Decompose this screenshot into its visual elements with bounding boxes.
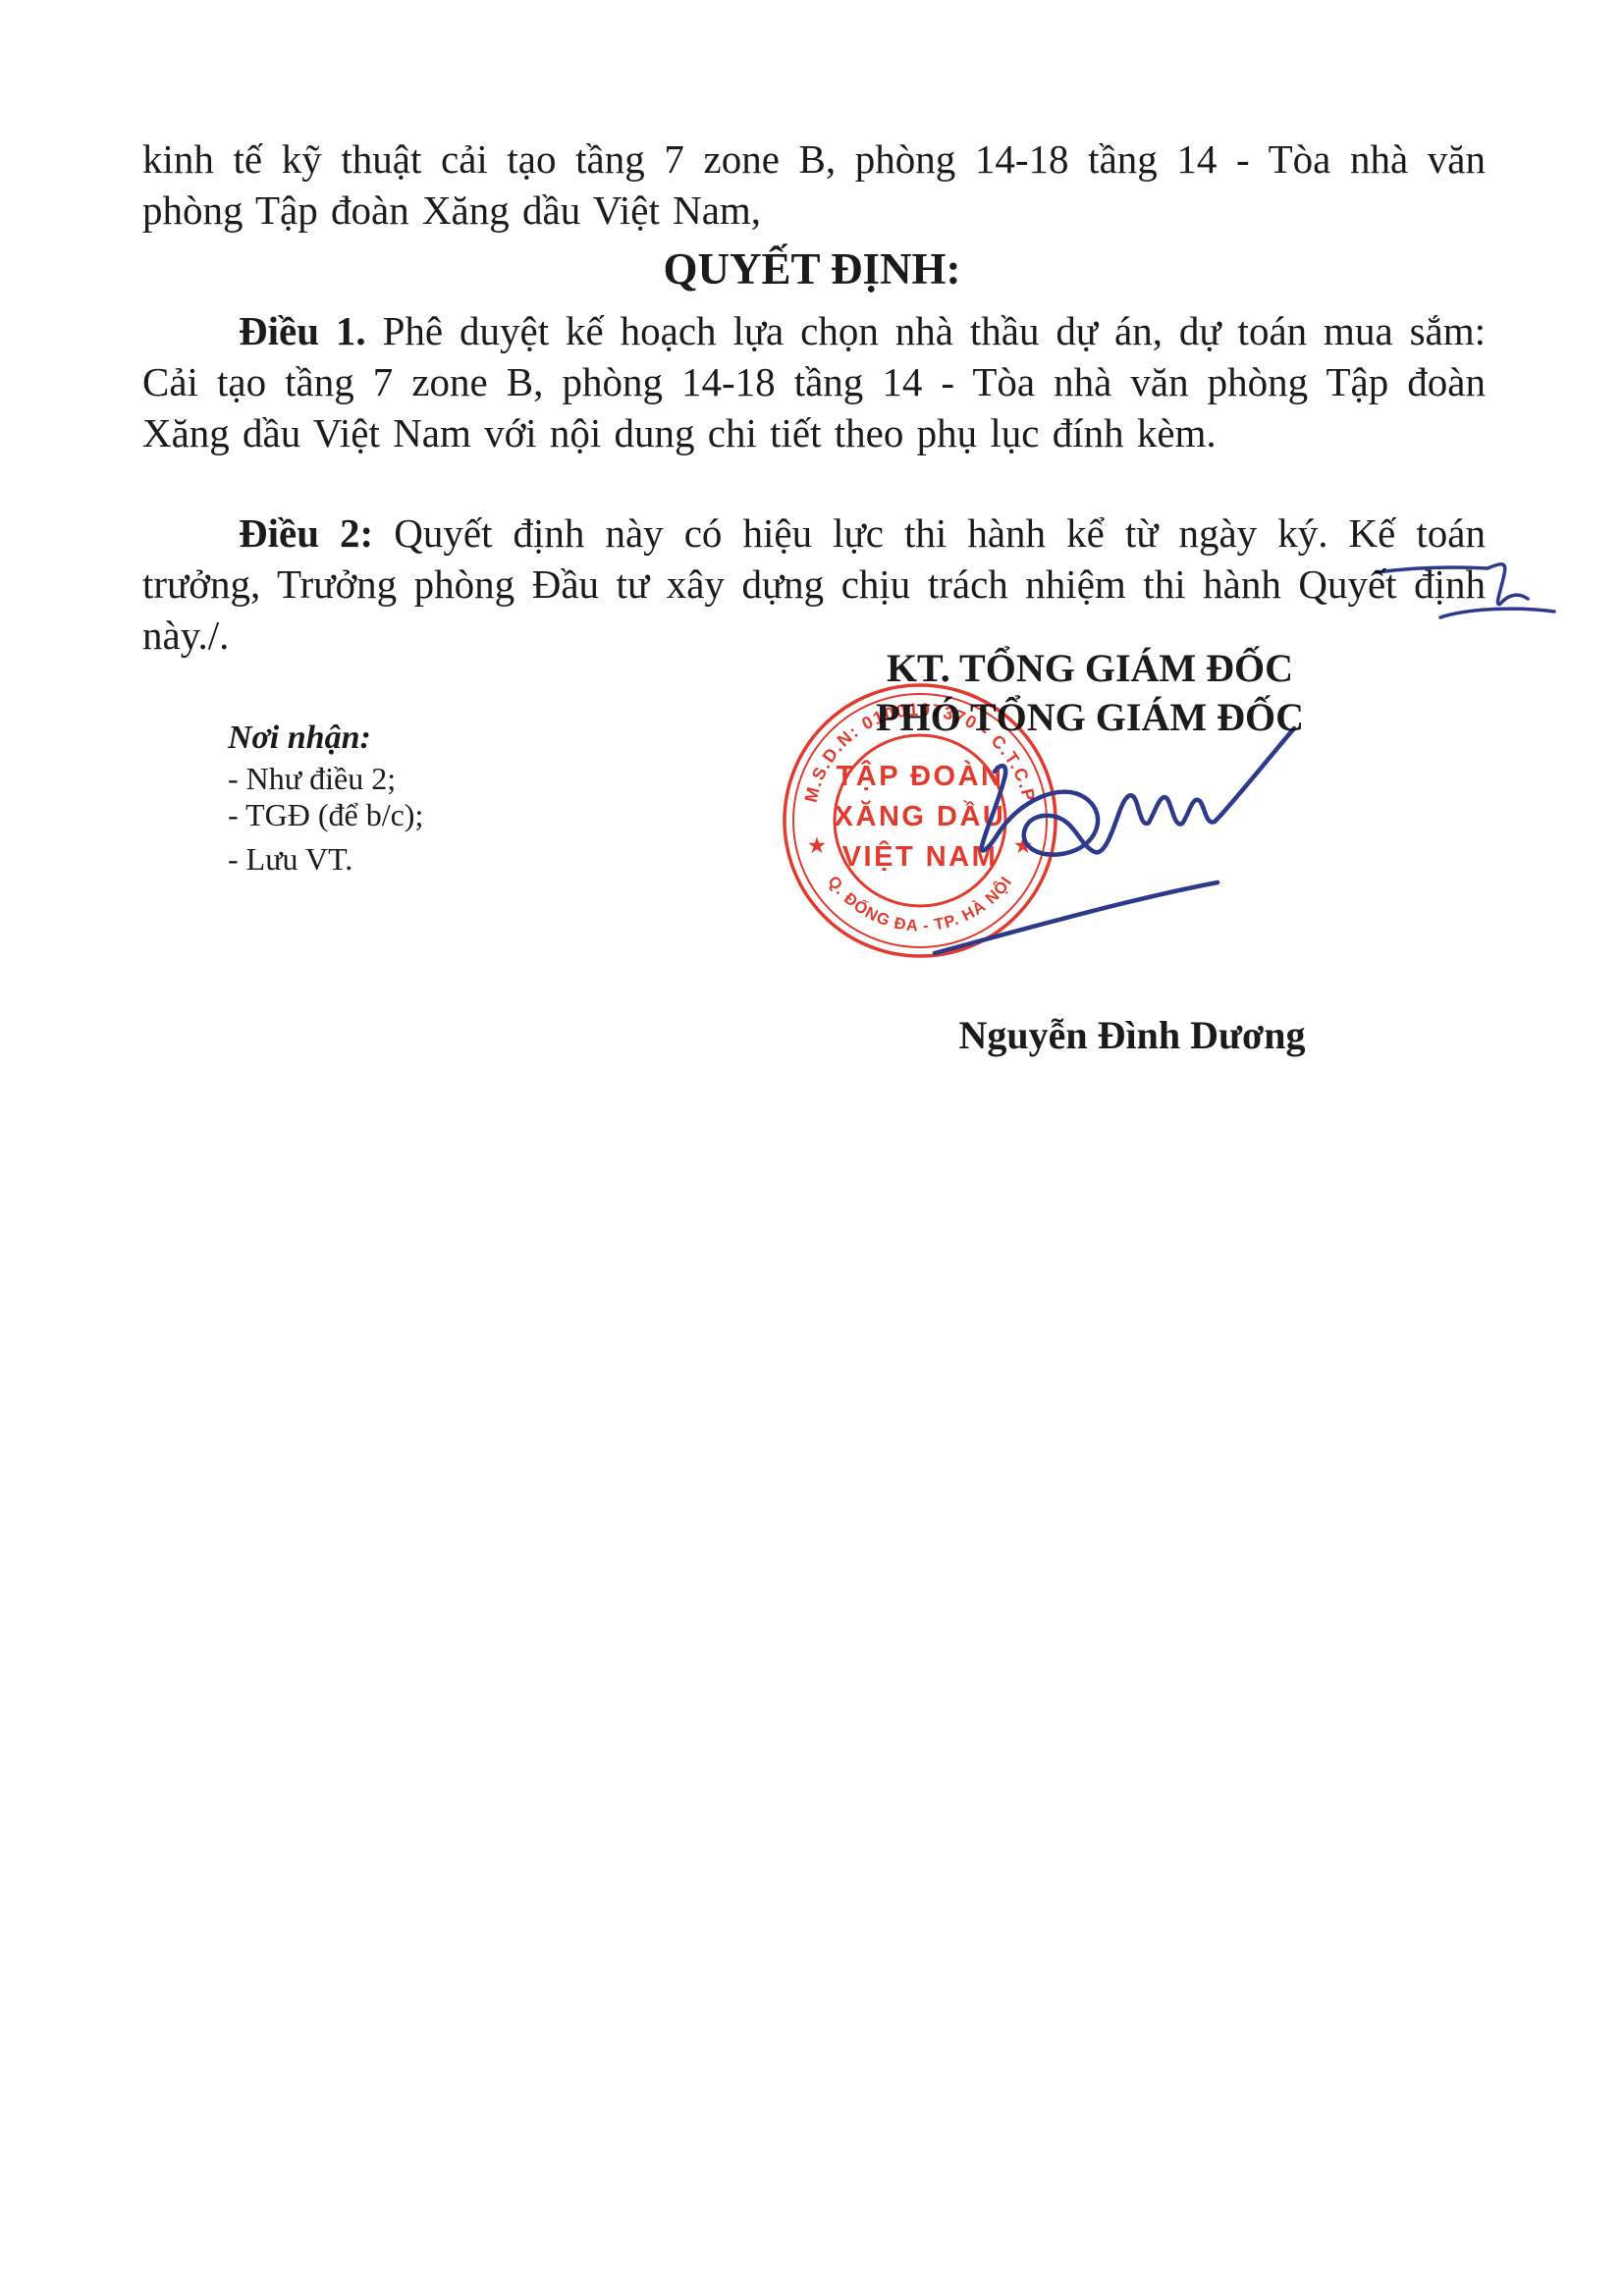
recipients-block: Nơi nhận: - Như điều 2; - TGĐ (để b/c); … (228, 720, 423, 878)
article-2-paragraph: Điều 2: Quyết định này có hiệu lực thi h… (142, 507, 1486, 661)
signoff-title-block: KT. TỔNG GIÁM ĐỐC PHÓ TỔNG GIÁM ĐỐC (727, 644, 1453, 742)
handwritten-signature (935, 728, 1294, 953)
signoff-title-line1: KT. TỔNG GIÁM ĐỐC (727, 644, 1453, 693)
signoff-title-line2: PHÓ TỔNG GIÁM ĐỐC (727, 693, 1453, 742)
recipient-item: - Như điều 2; (228, 761, 423, 797)
recipients-label: Nơi nhận: (228, 720, 423, 756)
intro-paragraph: kinh tế kỹ thuật cải tạo tầng 7 zone B, … (142, 133, 1486, 236)
decision-heading: QUYẾT ĐỊNH: (0, 243, 1624, 294)
stamp-inner-ring (835, 735, 1005, 906)
intro-paragraph-text: kinh tế kỹ thuật cải tạo tầng 7 zone B, … (142, 136, 1486, 233)
signer-name: Nguyễn Đình Dương (838, 1012, 1427, 1059)
recipient-item: - TGĐ (để b/c); (228, 797, 423, 833)
stamp-arc-bottom-text: Q. ĐỐNG ĐA - TP. HÀ NỘI (824, 873, 1015, 934)
stamp-star-left-icon: ★ (808, 835, 826, 857)
article-1-label: Điều 1. (239, 308, 366, 353)
stamp-center-line1: TẬP ĐOÀN (837, 759, 1004, 792)
article-2-label: Điều 2: (239, 510, 373, 556)
document-page: kinh tế kỹ thuật cải tạo tầng 7 zone B, … (0, 0, 1624, 2296)
stamp-center-line2: XĂNG DẦU (835, 799, 1006, 832)
recipient-item: - Lưu VT. (228, 841, 423, 878)
stamp-star-right-icon: ★ (1014, 835, 1032, 857)
article-1-paragraph: Điều 1. Phê duyệt kế hoạch lựa chọn nhà … (142, 305, 1486, 458)
signature-main-stroke (982, 728, 1294, 855)
signature-underline-stroke (935, 882, 1218, 953)
stamp-center-line3: VIỆT NAM (842, 839, 999, 873)
